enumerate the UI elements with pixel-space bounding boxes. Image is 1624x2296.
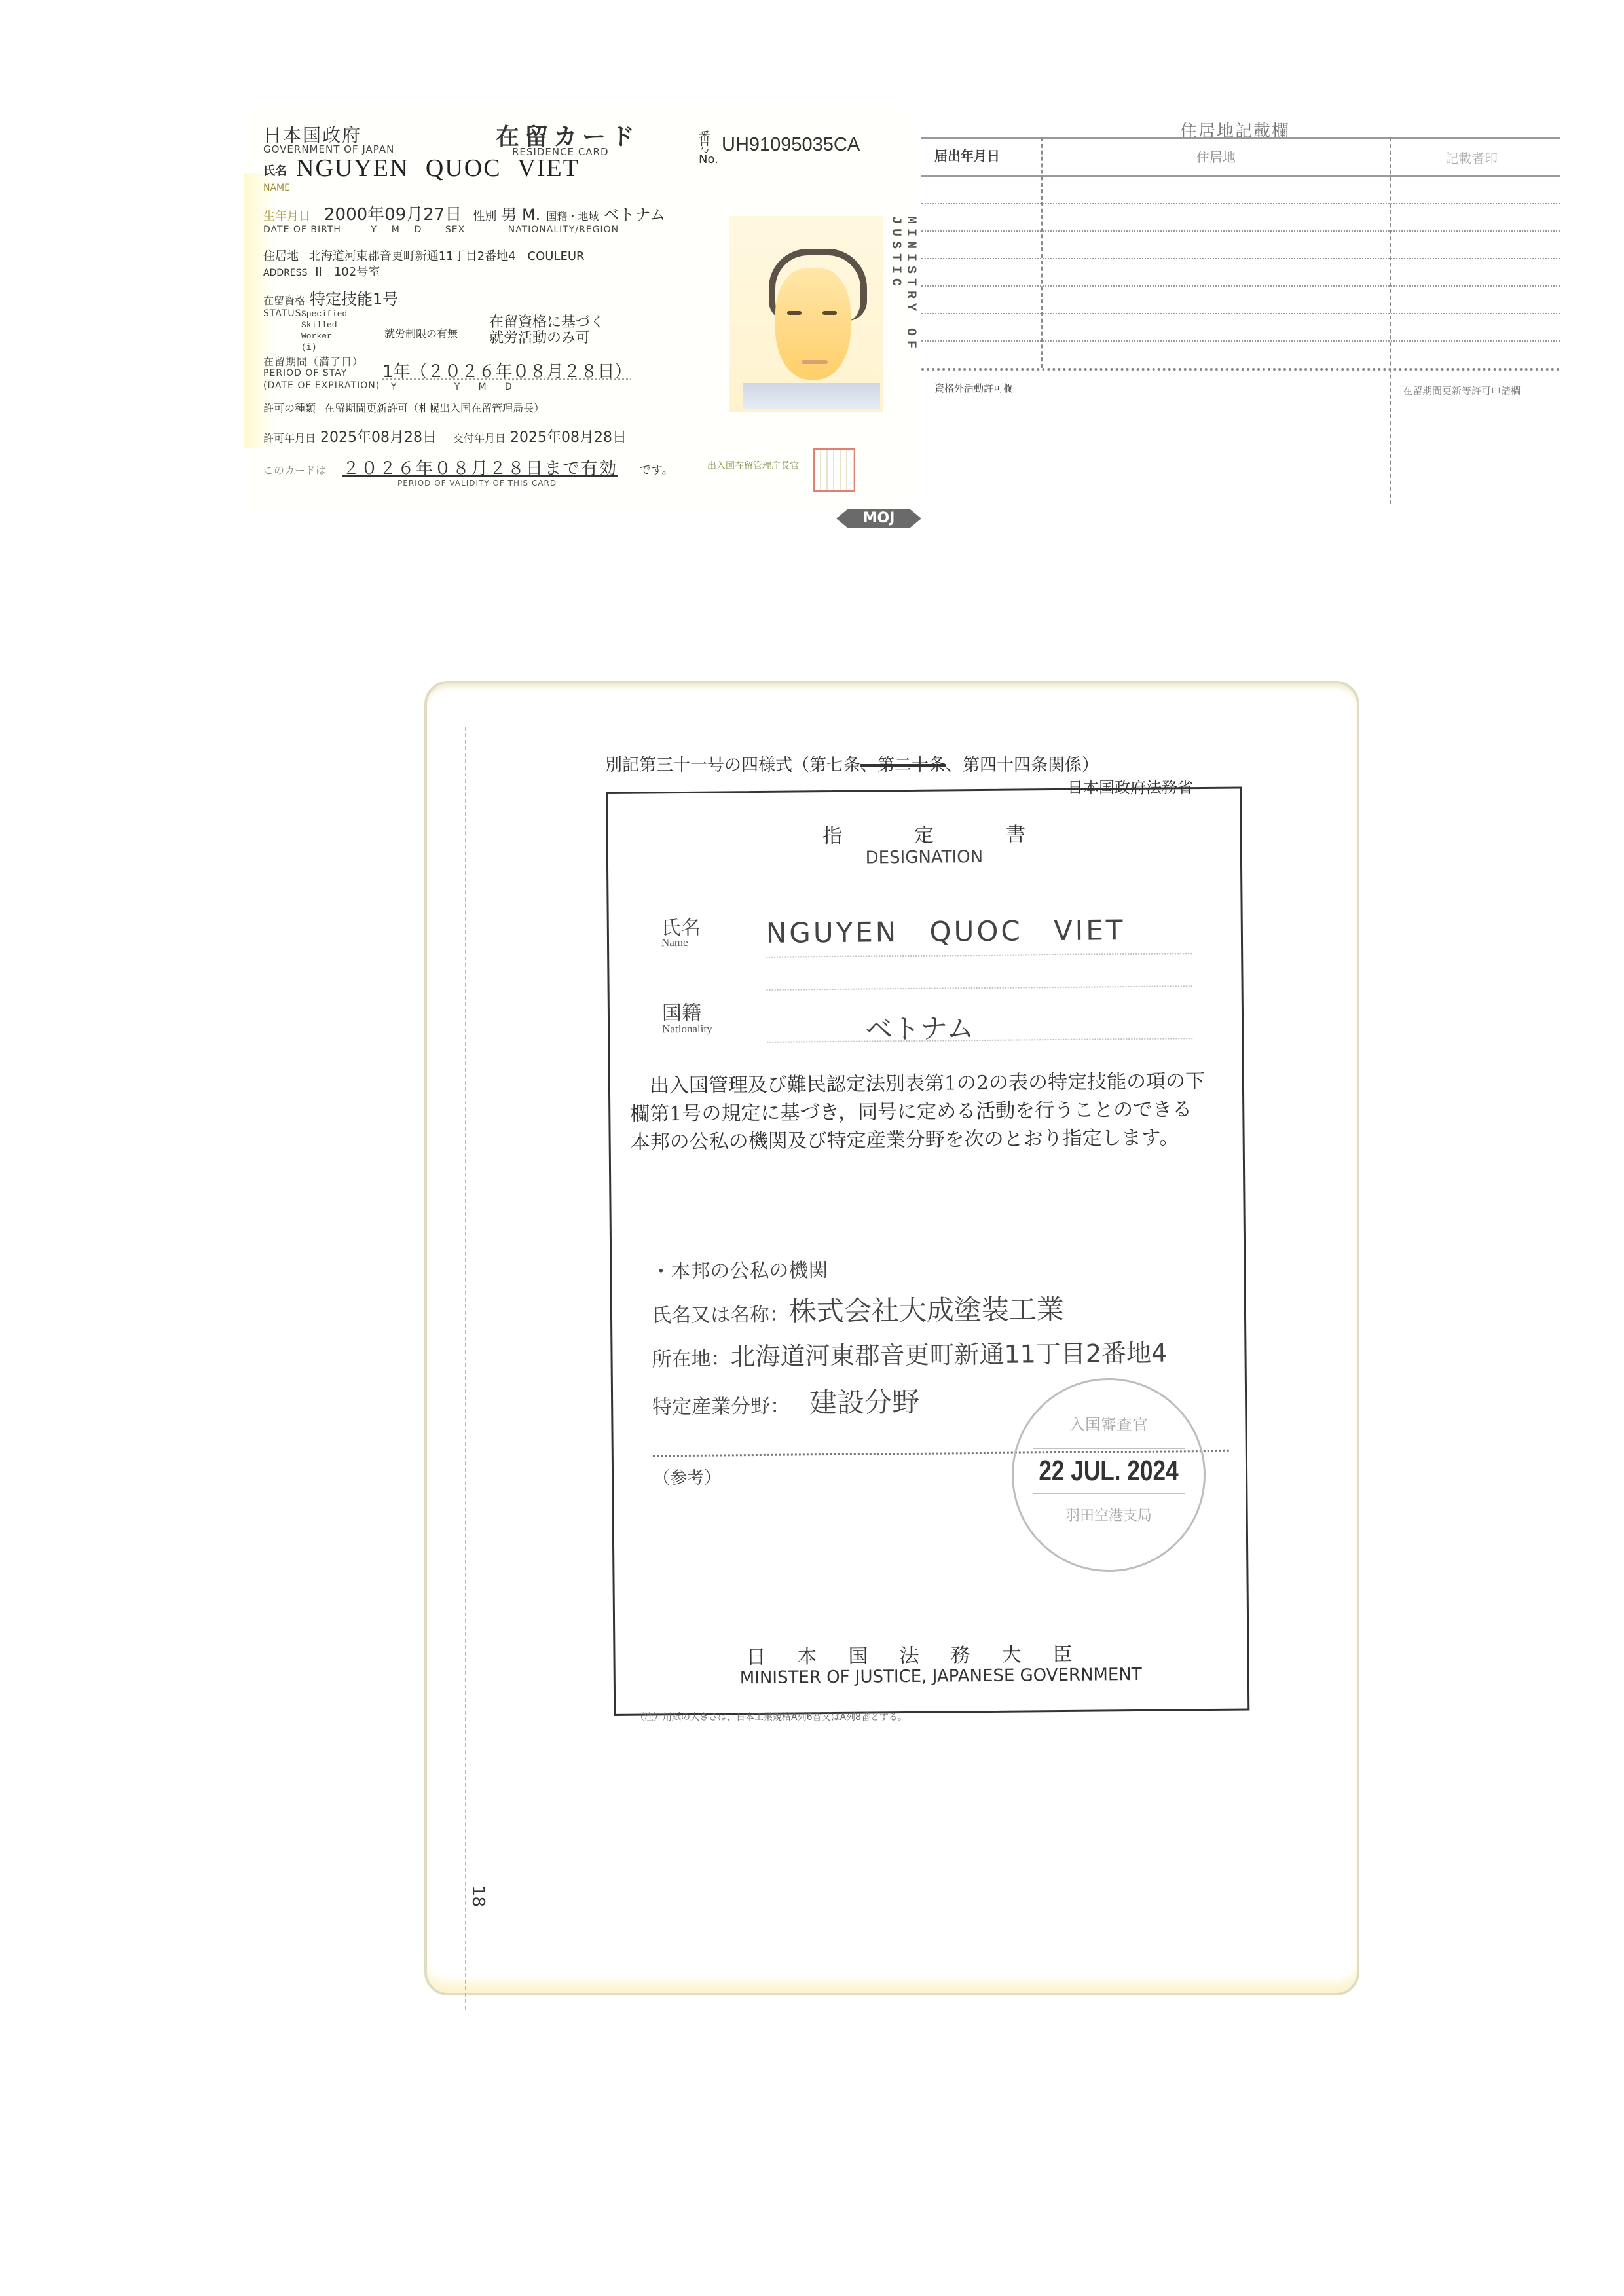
designation-form: 指定書 DESIGNATION 氏名 Name NGUYEN QUOC VIET… bbox=[606, 787, 1249, 1716]
name-label-en: Name bbox=[661, 936, 688, 949]
designation-body-text: 出入国管理及び難民認定法別表第1の2の表の特定技能の項の下欄第1号の規定に基づき… bbox=[630, 1067, 1207, 1157]
period-label-en: PERIOD OF STAY bbox=[263, 368, 347, 378]
permit-date: 2025年08月28日 bbox=[320, 429, 437, 446]
residence-card-front: 日本国政府 GOVERNMENT OF JAPAN 在留カード RESIDENC… bbox=[244, 108, 915, 511]
nationality-label-jp: 国籍 bbox=[662, 996, 701, 1026]
organization-address-label: 所在地： bbox=[652, 1347, 730, 1371]
period-hint: Y Y M D bbox=[391, 382, 513, 392]
column-header-stamp: 記載者印 bbox=[1445, 148, 1498, 167]
nationality-label-en: NATIONALITY/REGION bbox=[508, 225, 619, 235]
stamp-top-text: 入国審査官 bbox=[1014, 1412, 1204, 1434]
name-label-en: NAME bbox=[263, 183, 290, 193]
address-line-2: II 102号室 bbox=[315, 265, 380, 279]
dob-hint: Y M D bbox=[371, 225, 422, 235]
period-label-jp: 在留期間（満了日） bbox=[263, 354, 363, 369]
status-label-en: STATUS bbox=[263, 308, 302, 319]
paper-size-note: （注）用紙の大きさは，日本工業規格A列6番又はA列8番とする。 bbox=[635, 1710, 907, 1723]
residence-card-back: 住居地記載欄 届出年月日 住居地 記載者印 資格外活動許可欄 在留期間更新等許可… bbox=[921, 111, 1560, 504]
issue-date: 2025年08月28日 bbox=[510, 429, 627, 446]
organization-address: 北海道河東郡音更町新通11丁目2番地4 bbox=[730, 1339, 1167, 1372]
holder-photo bbox=[729, 216, 883, 412]
permit-date-label: 許可年月日 bbox=[263, 432, 316, 445]
stamp-date: 22 JUL. 2024 bbox=[1033, 1448, 1185, 1494]
status-label-jp: 在留資格 bbox=[263, 295, 305, 307]
validity-en: PERIOD OF VALIDITY OF THIS CARD bbox=[397, 479, 557, 488]
dob-label-jp: 生年月日 bbox=[263, 210, 310, 223]
organization-name-label: 氏名又は名称： bbox=[652, 1303, 789, 1328]
name-label-jp: 氏名 bbox=[263, 162, 287, 179]
address-label-jp: 住居地 bbox=[263, 249, 299, 263]
dob-label-en: DATE OF BIRTH bbox=[263, 225, 341, 235]
period-label-en-2: (DATE OF EXPIRATION) bbox=[263, 380, 380, 391]
holder-name: NGUYEN QUOC VIET bbox=[296, 154, 580, 183]
status-en: Specified Skilled Worker (i) bbox=[301, 308, 347, 353]
industry-row: 特定産業分野：建設分野 bbox=[652, 1381, 920, 1423]
organization-name-row: 氏名又は名称：株式会社大成塗装工業 bbox=[652, 1288, 1065, 1330]
sex-label-en: SEX bbox=[445, 225, 465, 235]
form-reference: 別記第三十一号の四様式（第七条、第二十条、第四十四条関係） bbox=[605, 752, 1099, 776]
nationality: ベトナム bbox=[603, 206, 665, 224]
period-of-stay: 1年（２０２６年０８月２８日） bbox=[382, 358, 632, 382]
issuer-signature: 出入国在留管理庁長官 bbox=[707, 459, 799, 472]
page-spine bbox=[465, 727, 466, 2010]
designation-name: NGUYEN QUOC VIET bbox=[766, 914, 1126, 949]
address-label-en: ADDRESS bbox=[263, 268, 307, 278]
validity-prefix: このカードは bbox=[263, 464, 326, 477]
organization-name: 株式会社大成塗装工業 bbox=[789, 1293, 1064, 1328]
minister-title-jp: 日本国法務大臣 bbox=[746, 1637, 1103, 1669]
work-restriction-label: 就労制限の有無 bbox=[384, 325, 458, 340]
moj-badge: MOJ bbox=[836, 509, 921, 528]
renewal-application-label: 在留期間更新等許可申請欄 bbox=[1403, 384, 1521, 397]
sex: 男 M. bbox=[501, 206, 540, 224]
nationality-label-en: Nationality bbox=[662, 1023, 712, 1036]
organization-address-row: 所在地：北海道河東郡音更町新通11丁目2番地4 bbox=[652, 1333, 1167, 1374]
organization-heading: ・本邦の公私の機関 bbox=[651, 1254, 828, 1284]
minister-title-en: MINISTER OF JUSTICE, JAPANESE GOVERNMENT bbox=[740, 1665, 1142, 1688]
ministry-of-justice-vertical: MINISTRY OF JUSTIC bbox=[898, 216, 918, 412]
industry-field: 建設分野 bbox=[809, 1386, 919, 1419]
nationality-label-jp: 国籍・地域 bbox=[546, 210, 599, 223]
work-restriction: 在留資格に基づく 就労活動のみ可 bbox=[489, 315, 604, 346]
column-header-date: 届出年月日 bbox=[934, 145, 1000, 164]
card-number: UH91095035CA bbox=[722, 134, 860, 156]
date-of-birth: 2000年09月27日 bbox=[324, 205, 462, 225]
sex-label-jp: 性別 bbox=[473, 210, 496, 223]
reference-label: （参考） bbox=[653, 1465, 721, 1489]
permission-type-label: 許可の種類 bbox=[263, 402, 316, 414]
extra-activity-permission-label: 資格外活動許可欄 bbox=[934, 381, 1013, 395]
stamp-bottom-text: 羽田空港支局 bbox=[1014, 1504, 1204, 1525]
validity-date: ２０２６年０８月２８日まで有効 bbox=[342, 459, 618, 479]
column-header-address: 住居地 bbox=[1196, 147, 1236, 166]
card-number-label: 番号 No. bbox=[699, 132, 718, 165]
entry-stamp: 入国審査官 22 JUL. 2024 羽田空港支局 bbox=[1012, 1378, 1206, 1572]
industry-label: 特定産業分野： bbox=[652, 1395, 790, 1419]
address-line-1: 北海道河東郡音更町新通11丁目2番地4 COULEUR bbox=[309, 249, 585, 263]
issue-date-label: 交付年月日 bbox=[453, 432, 506, 445]
validity-suffix: です。 bbox=[639, 464, 674, 477]
page-number: 18 bbox=[468, 1886, 488, 1907]
official-seal-icon bbox=[813, 448, 855, 492]
permission-type: 在留期間更新許可（札幌出入国在留管理局長） bbox=[324, 402, 544, 414]
status-jp: 特定技能1号 bbox=[310, 290, 398, 308]
